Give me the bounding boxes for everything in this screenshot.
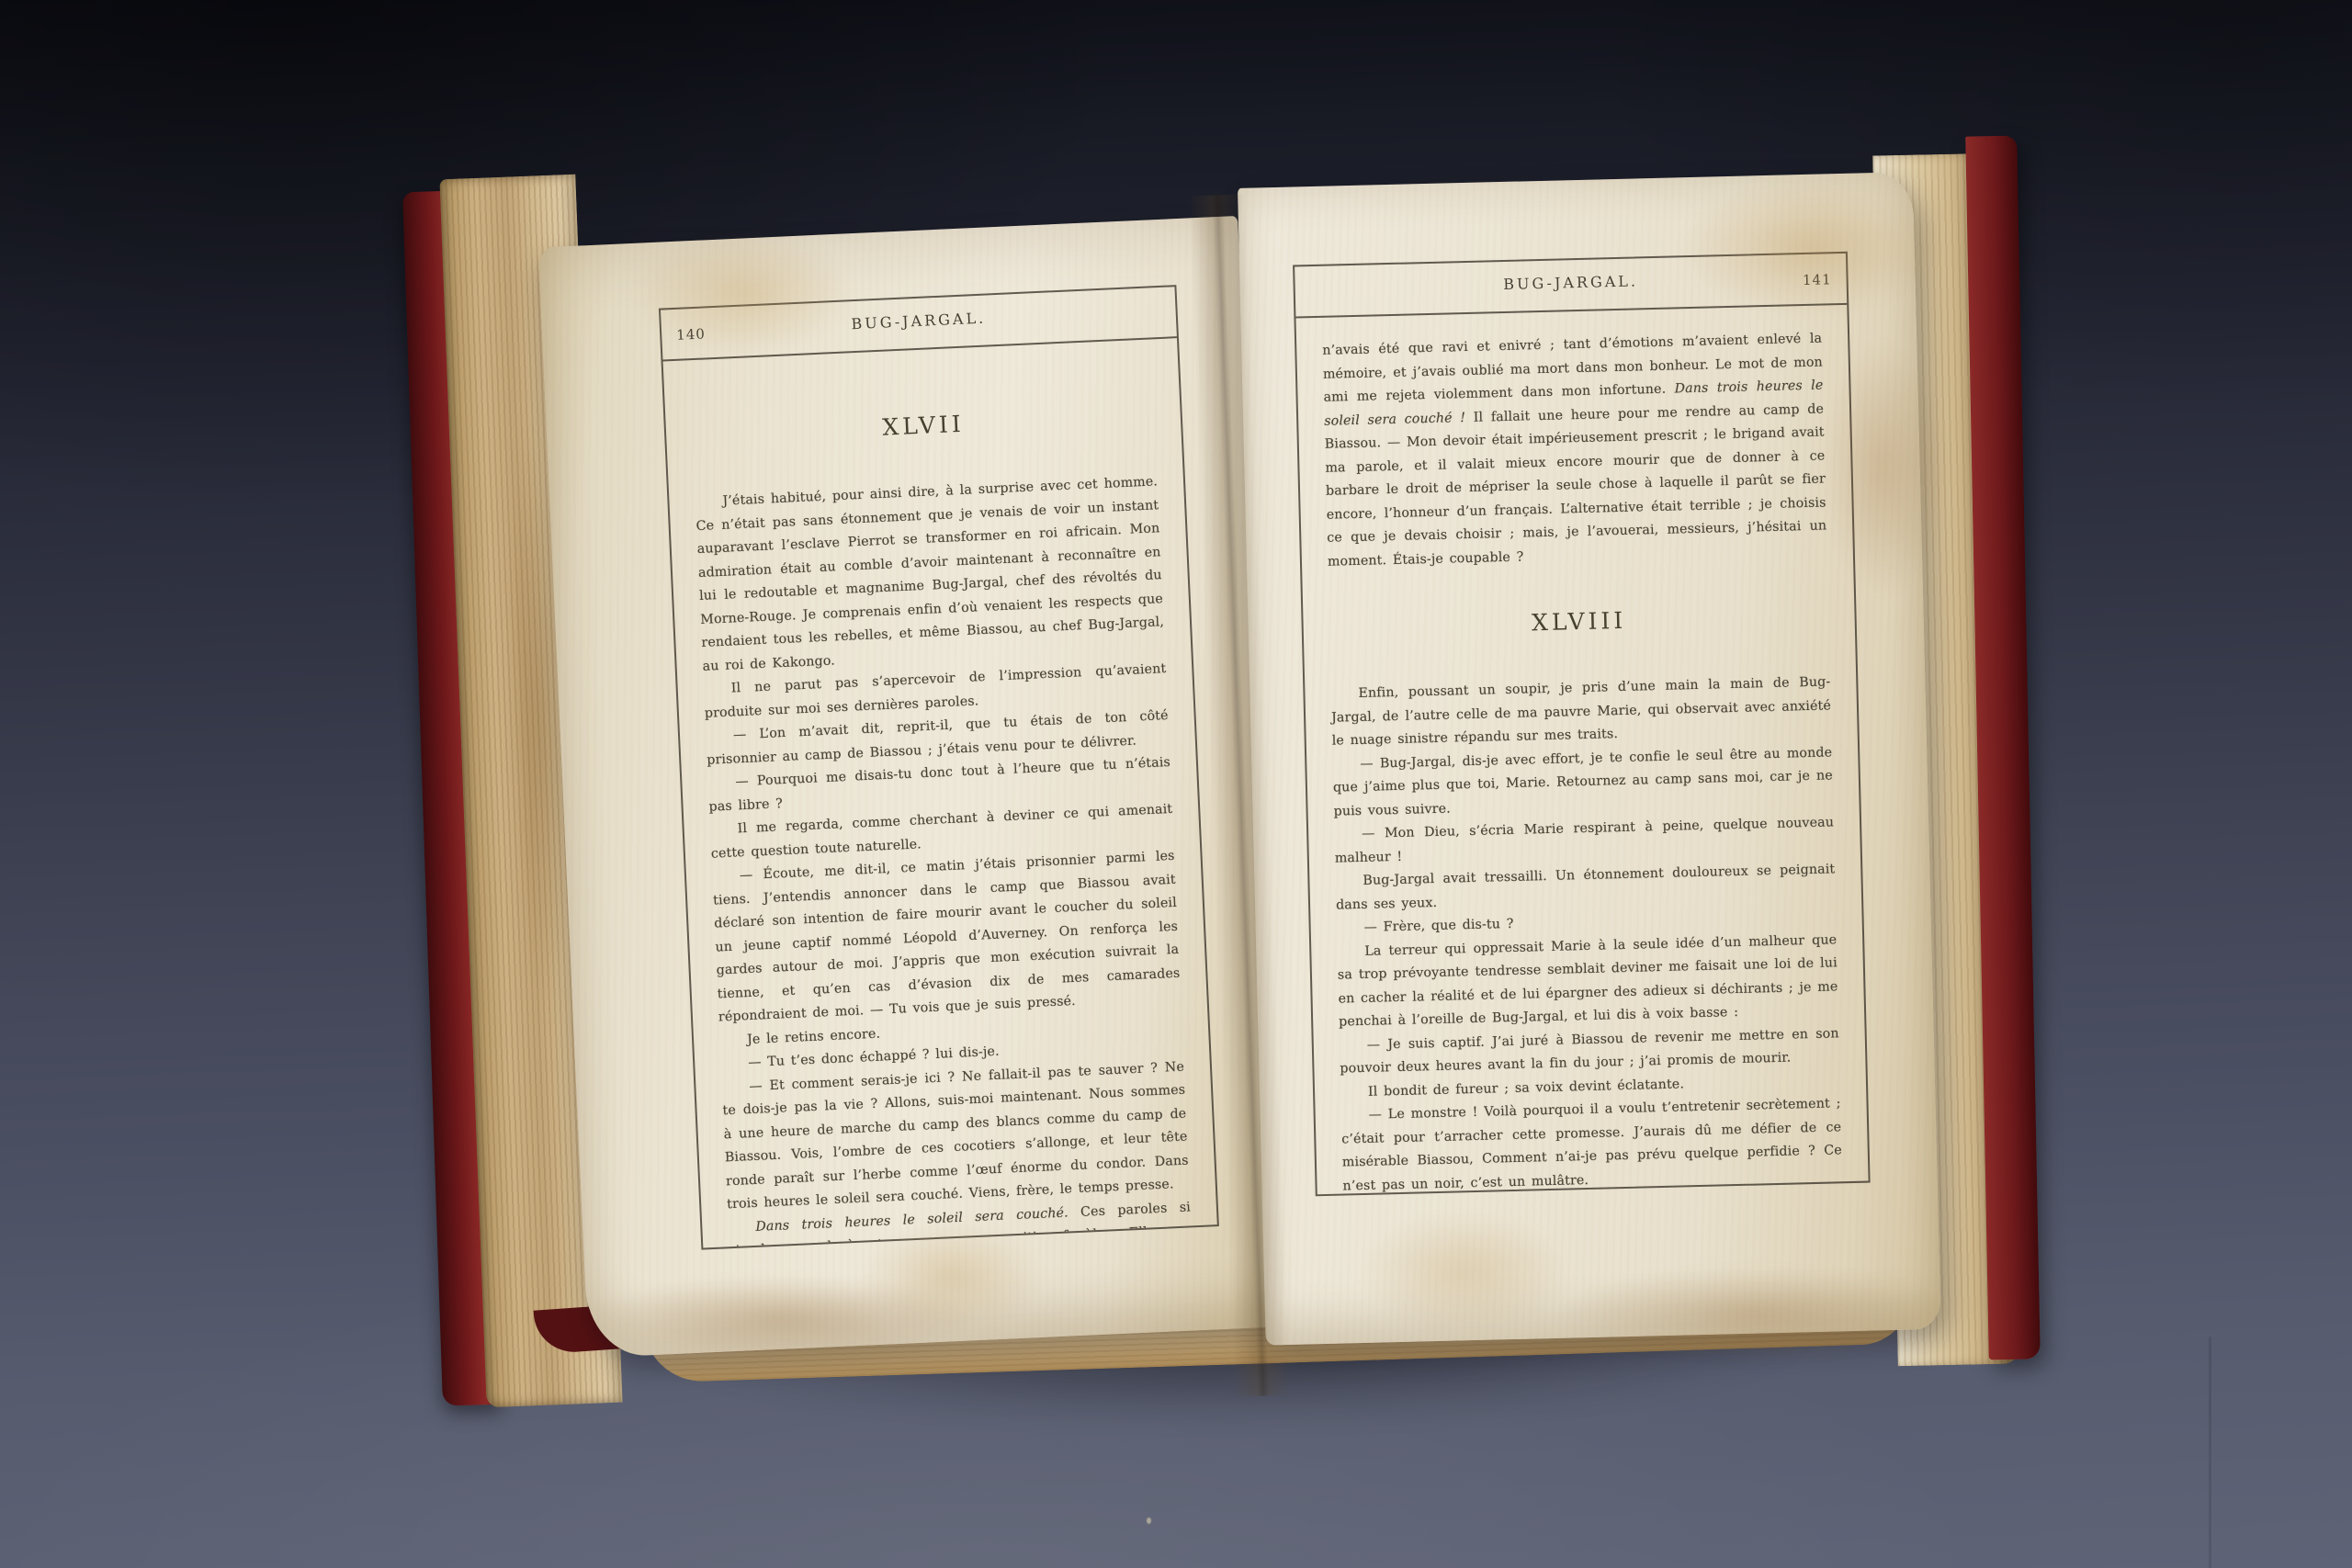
paragraph: — Écoute, me dit-il, ce matin j’étais pr…	[712, 845, 1182, 1030]
dust-speck	[1147, 1517, 1151, 1524]
paragraph: J’étais habitué, pour ainsi dire, à la s…	[695, 470, 1166, 679]
chapter-heading: XLVIII	[1329, 602, 1829, 640]
right-page-body: n’avais été que ravi et enivré ; tant d’…	[1295, 305, 1868, 1194]
left-page: 140 BUG-JARGAL. XLVIIJ’étais habitué, po…	[538, 216, 1288, 1358]
page-number: 141	[1803, 271, 1832, 288]
running-title: BUG-JARGAL.	[661, 300, 1176, 341]
paragraph: — Le monstre ! Voilà pourquoi il a voulu…	[1340, 1092, 1842, 1194]
photo-open-book: 140 BUG-JARGAL. XLVIIJ’étais habitué, po…	[0, 0, 2352, 1568]
paragraph: Enfin, poussant un soupir, je pris d’une…	[1330, 671, 1832, 753]
right-page-text-frame: BUG-JARGAL. 141 n’avais été que ravi et …	[1293, 252, 1871, 1196]
chapter-heading: XLVII	[692, 401, 1156, 449]
left-page-text-frame: 140 BUG-JARGAL. XLVIIJ’étais habitué, po…	[659, 285, 1219, 1250]
background-seam	[2209, 1337, 2211, 1568]
paragraph: n’avais été que ravi et enivré ; tant d’…	[1322, 328, 1827, 574]
paragraph: — Bug-Jargal, dis-je avec effort, je te …	[1332, 741, 1834, 824]
paragraph: — Et comment serais-je ici ? Ne fallait-…	[721, 1055, 1190, 1217]
paragraph: La terreur qui oppressait Marie à la seu…	[1337, 929, 1838, 1034]
right-page: BUG-JARGAL. 141 n’avais été que ravi et …	[1238, 172, 1941, 1346]
left-page-body: XLVIIJ’étais habitué, pour ainsi dire, à…	[663, 338, 1217, 1247]
running-title: BUG-JARGAL.	[1295, 267, 1846, 299]
